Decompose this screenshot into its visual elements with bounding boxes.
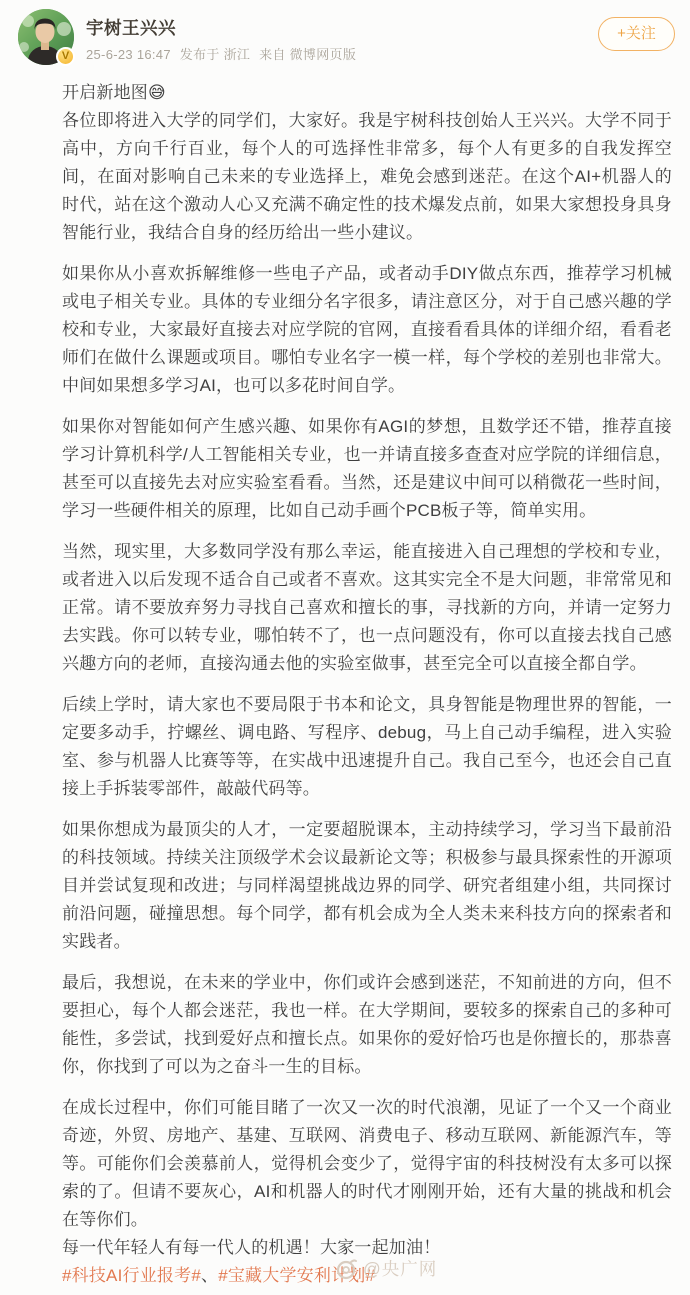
post-meta: 25-6-23 16:47 发布于 浙江 来自 微博网页版 — [86, 44, 361, 63]
post-body: 开启新地图😅各位即将进入大学的同学们，大家好。我是宇树科技创始人王兴兴。大学不同… — [62, 79, 672, 1290]
post-paragraph: 各位即将进入大学的同学们，大家好。我是宇树科技创始人王兴兴。大学不同于高中，方向… — [62, 107, 672, 247]
username[interactable]: 宇树王兴兴 — [86, 15, 176, 40]
post-source[interactable]: 来自 微博网页版 — [259, 47, 356, 62]
publish-location[interactable]: 发布于 浙江 — [180, 47, 250, 62]
hashtag-separator: 、 — [201, 1266, 218, 1285]
post-header: V 宇树王兴兴 25-6-23 16:47 发布于 浙江 来自 微博网页版 +关… — [0, 0, 690, 72]
post-paragraph: 后续上学时，请大家也不要局限于书本和论文，具身智能是物理世界的智能，一定要多动手… — [62, 691, 672, 803]
watermark-handle: @央广网 — [363, 1256, 437, 1281]
follow-button[interactable]: +关注 — [598, 17, 675, 51]
post-paragraph: 在成长过程中，你们可能目睹了一次又一次的时代浪潮，见证了一个又一个商业奇迹，外贸… — [62, 1094, 672, 1234]
post-paragraph: 如果你对智能如何产生感兴趣、如果你有AGI的梦想，且数学还不错，推荐直接学习计算… — [62, 413, 672, 525]
watermark: @央广网 — [334, 1256, 437, 1281]
post-paragraph: 当然，现实里，大多数同学没有那么幸运，能直接进入自己理想的学校和专业，或者进入以… — [62, 538, 672, 678]
verified-badge-icon: V — [56, 47, 75, 66]
post-paragraph: 如果你从小喜欢拆解维修一些电子产品，或者动手DIY做点东西，推荐学习机械或电子相… — [62, 260, 672, 400]
timestamp: 25-6-23 16:47 — [86, 47, 171, 62]
hashtag-link[interactable]: #科技AI行业报考# — [62, 1266, 201, 1285]
post-paragraph: 如果你想成为最顶尖的人才，一定要超脱课本，主动持续学习，学习当下最前沿的科技领域… — [62, 816, 672, 956]
post-paragraph: 最后，我想说，在未来的学业中，你们或许会感到迷茫，不知前进的方向，但不要担心，每… — [62, 969, 672, 1081]
post-intro: 开启新地图😅 — [62, 79, 672, 107]
weibo-watermark-icon — [334, 1257, 358, 1281]
